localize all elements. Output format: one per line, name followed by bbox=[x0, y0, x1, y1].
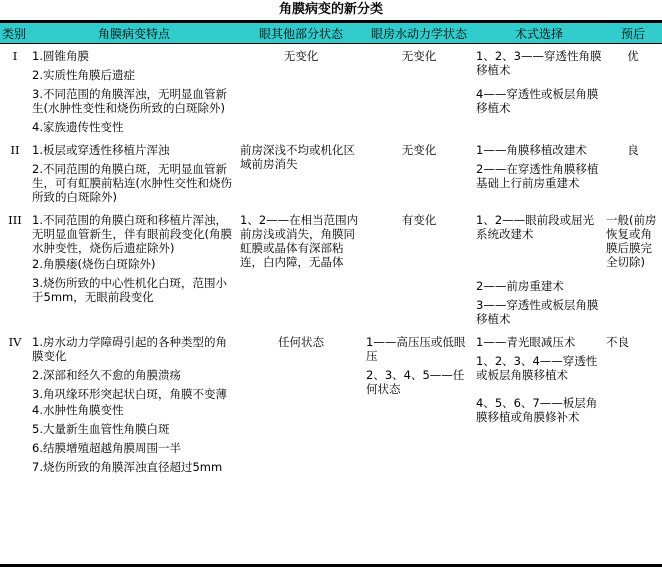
feature-item: 1.圆锥角膜 bbox=[32, 49, 236, 63]
table-row: IV 1.房水动力学障碍引起的各种类型的角膜变化 2.深部和经久不愈的角膜溃疡 … bbox=[0, 330, 662, 478]
hydrodynamics-item: 1——高压压或低眼压 bbox=[366, 335, 472, 363]
other-eye-cell: 无变化 bbox=[240, 49, 362, 63]
feature-item: 3.角巩缘环形突起状白斑，角膜不变薄 bbox=[32, 387, 236, 401]
surgery-item: 1、2、3——穿透性角膜移植术 bbox=[476, 49, 602, 77]
col-header-hydrodynamics: 眼房水动力学状态 bbox=[364, 23, 474, 44]
col-header-surgery: 术式选择 bbox=[474, 23, 604, 44]
feature-item: 5.大量新生血管性角膜白斑 bbox=[32, 422, 236, 436]
prognosis-cell: 优 bbox=[606, 49, 660, 63]
feature-item: 3.不同范围的角膜浑浊，无明显血管新生(水肿性变性和烧伤所致的白斑除外) bbox=[32, 87, 236, 115]
table-row: I 1.圆锥角膜 2.实质性角膜后遗症 3.不同范围的角膜浑浊，无明显血管新生(… bbox=[0, 44, 662, 139]
col-header-prognosis: 预后 bbox=[604, 23, 662, 44]
hydrodynamics-cell: 无变化 bbox=[366, 143, 472, 157]
header-row: 类别 角膜病变特点 眼其他部分状态 眼房水动力学状态 术式选择 预后 bbox=[0, 23, 662, 44]
prognosis-cell: 良 bbox=[606, 143, 660, 157]
feature-item: 2.角膜瘘(烧伤白斑除外) bbox=[32, 257, 236, 271]
hydrodynamics-item: 2、3、4、5——任何状态 bbox=[366, 368, 472, 396]
surgery-item: 4、5、6、7——板层角膜移植或角膜修补术 bbox=[476, 396, 602, 424]
feature-item: 2.深部和经久不愈的角膜溃疡 bbox=[32, 368, 236, 382]
table-row: II 1.板层或穿透性移植片浑浊 2.不同范围的角膜白斑，无明显血管新生，可有虹… bbox=[0, 138, 662, 208]
prognosis-cell: 一般(前房恢复或角膜后膜完全切除) bbox=[606, 213, 660, 269]
other-eye-cell: 1、2——在相当范围内前房浅或消失，角膜同虹膜或晶体有深部粘连，白内障，无晶体 bbox=[240, 213, 362, 269]
surgery-item: 2——在穿透性角膜移植基础上行前房重建术 bbox=[476, 162, 602, 190]
feature-item: 2.不同范围的角膜白斑，无明显血管新生，可有虹膜前粘连(水肿性交性和烧伤所致的白… bbox=[32, 162, 236, 204]
other-eye-cell: 任何状态 bbox=[240, 335, 362, 349]
surgery-item: 1——角膜移植改建术 bbox=[476, 143, 602, 157]
other-eye-cell: 前房深浅不均或机化区域前房消失 bbox=[240, 143, 362, 171]
category-cell: II bbox=[2, 143, 28, 157]
col-header-other-eye: 眼其他部分状态 bbox=[238, 23, 364, 44]
feature-item: 6.结膜增殖超越角膜周围一半 bbox=[32, 441, 236, 455]
surgery-item: 1——青光眼减压术 bbox=[476, 335, 602, 349]
classification-table: 类别 角膜病变特点 眼其他部分状态 眼房水动力学状态 术式选择 预后 I 1.圆… bbox=[0, 20, 662, 567]
feature-item: 1.不同范围的角膜白斑和移植片浑浊，无明显血管新生，伴有眼前段变化(角膜水肿变性… bbox=[32, 213, 236, 255]
feature-item: 4.家族遗传性变性 bbox=[32, 120, 236, 134]
col-header-category: 类别 bbox=[0, 23, 30, 44]
surgery-item: 3——穿透性或板层角膜移植术 bbox=[476, 298, 602, 326]
category-cell: III bbox=[2, 213, 28, 227]
table-row: III 1.不同范围的角膜白斑和移植片浑浊，无明显血管新生，伴有眼前段变化(角膜… bbox=[0, 208, 662, 330]
hydrodynamics-cell: 有变化 bbox=[366, 213, 472, 227]
surgery-item: 4——穿透性或板层角膜移植术 bbox=[476, 87, 602, 115]
feature-item: 3.烧伤所致的中心性机化白斑，范围小于5mm，无眼前段变化 bbox=[32, 276, 236, 304]
hydrodynamics-cell: 无变化 bbox=[366, 49, 472, 63]
feature-item: 1.板层或穿透性移植片浑浊 bbox=[32, 143, 236, 157]
feature-item: 4.水肿性角膜变性 bbox=[32, 403, 236, 417]
feature-item: 2.实质性角膜后遗症 bbox=[32, 68, 236, 82]
surgery-item: 1、2、3、4——穿透性或板层角膜移植术 bbox=[476, 354, 602, 382]
prognosis-cell: 不良 bbox=[606, 335, 660, 349]
category-cell: I bbox=[2, 49, 28, 63]
feature-item: 7.烧伤所致的角膜浑浊直径超过5mm bbox=[32, 460, 236, 474]
category-cell: IV bbox=[2, 335, 28, 349]
table-title: 角膜病变的新分类 bbox=[0, 2, 662, 18]
surgery-item: 2——前房重建术 bbox=[476, 279, 602, 293]
col-header-features: 角膜病变特点 bbox=[30, 23, 238, 44]
surgery-item: 1、2——眼前段或屈光系统改建术 bbox=[476, 213, 602, 241]
feature-item: 1.房水动力学障碍引起的各种类型的角膜变化 bbox=[32, 335, 236, 363]
